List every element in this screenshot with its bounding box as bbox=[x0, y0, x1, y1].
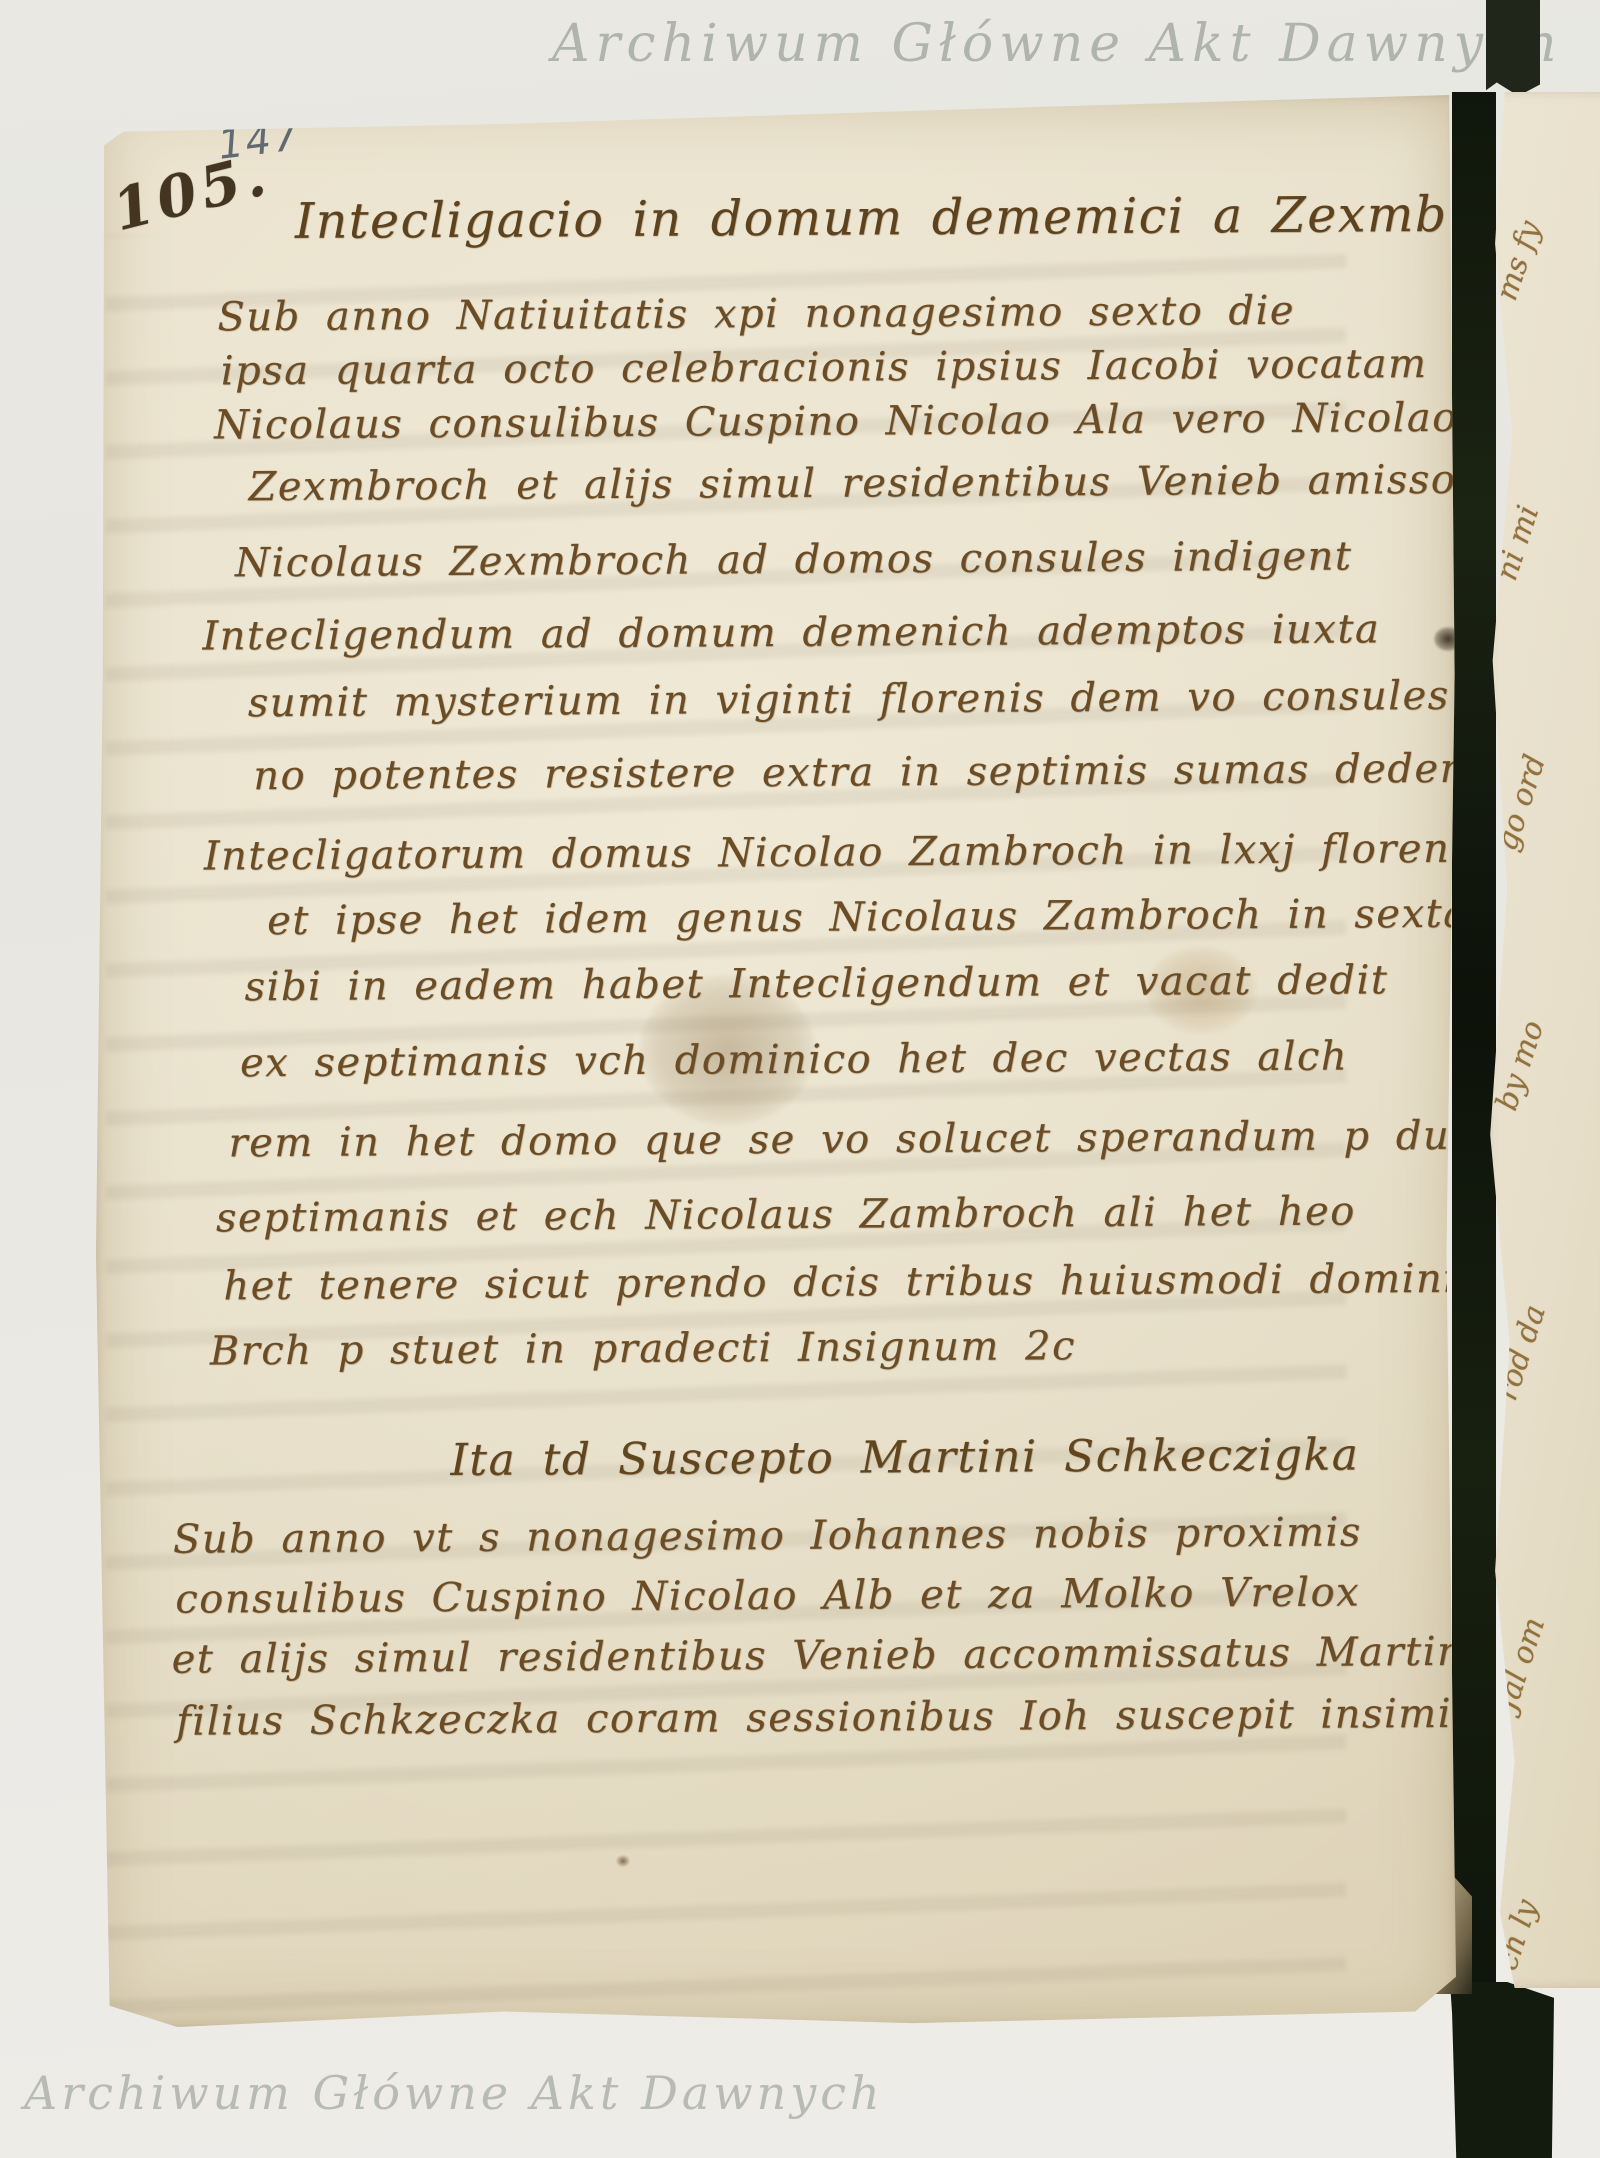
manuscript-line: et ipse het idem genus Nicolaus Zambroch… bbox=[267, 891, 1456, 944]
entry-heading: Intecligacio in domum dememici a Zexmbro… bbox=[295, 185, 1456, 250]
manuscript-line: Brch p stuet in pradecti Insignum 2c bbox=[210, 1323, 1076, 1374]
facing-folio-torn-edge: ms fy ni mi go ord by mo rod da Jal om c… bbox=[1478, 92, 1600, 1988]
manuscript-line: Intecligendum ad domum demenich ademptos… bbox=[202, 606, 1380, 659]
manuscript-line: sibi in eadem habet Intecligendum et vac… bbox=[244, 957, 1388, 1010]
fragment-script: rod da bbox=[1489, 1301, 1553, 1405]
manuscript-line: Nicolaus consulibus Cuspino Nicolao Ala … bbox=[214, 395, 1456, 449]
manuscript-line: Sub anno vt s nonagesimo Iohannes nobis … bbox=[173, 1509, 1362, 1562]
manuscript-line: Nicolaus Zexmbroch ad domos consules ind… bbox=[235, 533, 1353, 586]
fragment-script: Jal om bbox=[1489, 1613, 1552, 1715]
manuscript-page: 147 105. Intecligacio in domum dememici … bbox=[96, 95, 1456, 2027]
manuscript-line: et alijs simul residentibus Venieb accom… bbox=[172, 1629, 1456, 1683]
manuscript-line: Zexmbroch et alijs simul residentibus Ve… bbox=[248, 456, 1456, 510]
manuscript-line: Sub anno Natiuitatis xpi nonagesimo sext… bbox=[217, 288, 1295, 341]
fragment-script: by mo bbox=[1489, 1016, 1551, 1115]
manuscript-line: no potentes resistere extra in septimis … bbox=[253, 745, 1456, 799]
manuscript-line: sumit mysterium in viginti florenis dem … bbox=[248, 673, 1450, 726]
binding-gutter-bottom bbox=[1450, 1982, 1554, 2158]
manuscript-line: het tenere sicut prendo dcis tribus huiu… bbox=[223, 1256, 1456, 1310]
manuscript-line: filius Schkzeczka coram sessionibus Ioh … bbox=[176, 1691, 1456, 1745]
archive-watermark-top: Archiwum Główne Akt Dawnych bbox=[552, 14, 1564, 74]
archive-watermark-bottom: Archiwum Główne Akt Dawnych bbox=[24, 2066, 884, 2120]
fragment-script: ch ly bbox=[1489, 1895, 1545, 1974]
manuscript-text-block: Intecligacio in domum dememici a Zexmbro… bbox=[96, 95, 1456, 2027]
binding-tape-top bbox=[1486, 0, 1540, 96]
manuscript-line: ex septimanis vch dominico het dec vecta… bbox=[240, 1034, 1348, 1087]
fragment-script: ms fy bbox=[1489, 217, 1547, 305]
manuscript-line: rem in het domo que se vo solucet speran… bbox=[228, 1113, 1456, 1167]
archival-scan: Archiwum Główne Akt Dawnych Archiwum Głó… bbox=[0, 0, 1600, 2158]
manuscript-line: ipsa quarta octo celebracionis ipsius Ia… bbox=[221, 341, 1428, 394]
manuscript-line: Intecligatorum domus Nicolao Zambroch in… bbox=[204, 826, 1456, 880]
fragment-script: go ord bbox=[1489, 750, 1553, 854]
manuscript-line: consulibus Cuspino Nicolao Alb et za Mol… bbox=[175, 1569, 1360, 1622]
binding-gutter bbox=[1452, 92, 1496, 1992]
fragment-script: ni mi bbox=[1489, 501, 1546, 585]
entry2-heading: Ita td Suscepto Martini Schkeczigka bbox=[450, 1429, 1359, 1486]
manuscript-line: septimanis et ech Nicolaus Zambroch ali … bbox=[216, 1188, 1356, 1241]
